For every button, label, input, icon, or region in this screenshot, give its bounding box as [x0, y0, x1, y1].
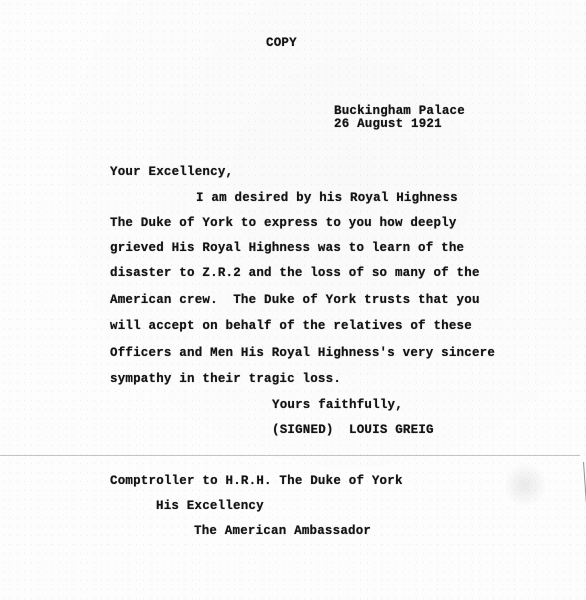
sender-address: Buckingham Palace: [334, 104, 465, 118]
body-line: Officers and Men His Royal Highness's ve…: [110, 346, 495, 360]
closing: Yours faithfully,: [272, 398, 403, 412]
recipient-line: His Excellency: [156, 499, 264, 513]
copy-mark: COPY: [266, 36, 297, 50]
signatory-title: Comptroller to H.R.H. The Duke of York: [110, 474, 403, 488]
signature: (SIGNED) LOUIS GREIG: [272, 423, 434, 437]
salutation: Your Excellency,: [110, 165, 233, 179]
letter-page: COPY Buckingham Palace 26 August 1921 Yo…: [0, 0, 586, 600]
scan-smudge: [505, 460, 545, 510]
fold-line: [0, 455, 580, 456]
body-line: disaster to Z.R.2 and the loss of so man…: [110, 266, 480, 280]
body-line: I am desired by his Royal Highness: [196, 191, 458, 205]
letter-date: 26 August 1921: [334, 117, 442, 131]
recipient-line: The American Ambassador: [194, 524, 371, 538]
body-line: The Duke of York to express to you how d…: [110, 216, 457, 230]
body-line: sympathy in their tragic loss.: [110, 372, 341, 386]
body-line: American crew. The Duke of York trusts t…: [110, 293, 480, 307]
body-line: grieved His Royal Highness was to learn …: [110, 241, 464, 255]
body-line: will accept on behalf of the relatives o…: [110, 319, 472, 333]
